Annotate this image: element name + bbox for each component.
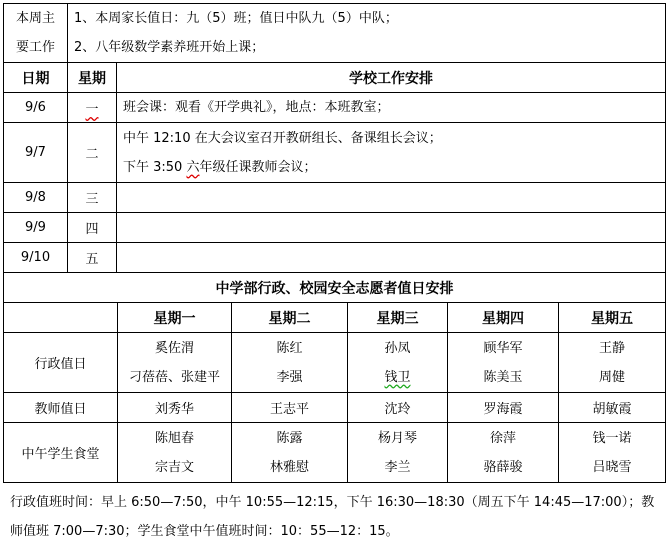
teacher-duty-row: 教师值日 刘秀华 王志平 沈玲 罗海霞 胡敏霞 (4, 393, 666, 423)
duty-name: 孙凤 (348, 334, 447, 363)
duty-name: 李强 (232, 363, 347, 392)
spellcheck-mark: 六 (186, 160, 199, 175)
duty-name: 钱一诺 (559, 424, 665, 453)
canteen-duty-row: 中午学生食堂 陈旭春 宗吉文 陈露 林雅慰 杨月琴 李兰 徐萍 骆薛骏 钱一诺 … (4, 423, 666, 483)
duty-name: 刁蓓蓓、张建平 (118, 363, 231, 392)
duty-name: 陈露 (232, 424, 347, 453)
duty-name: 陈旭春 (118, 424, 231, 453)
schedule-weekday: 一 (68, 93, 117, 123)
schedule-arrangement (117, 213, 666, 243)
duty-day-header: 星期一 (118, 303, 232, 333)
weekly-focus-label-line2: 要工作 (4, 33, 67, 62)
schedule-arrangement: 班会课：观看《开学典礼》，地点：本班教室； (117, 93, 666, 123)
duty-name-text: 钱卫 (384, 370, 410, 385)
duty-name: 陈红 (232, 334, 347, 363)
duty-day-header: 星期四 (448, 303, 559, 333)
arrangement-line: 班会课：观看《开学典礼》，地点：本班教室； (123, 93, 665, 122)
schedule-row: 9/8 三 (4, 183, 666, 213)
arrangement-line-text: 下午 3:50 六年级任课教师会议； (123, 160, 317, 175)
weekday-text: 一 (85, 102, 98, 117)
admin-duty-row: 行政值日 奚佐渭 刁蓓蓓、张建平 陈红 李强 孙凤 钱卫 顾华军 陈美玉 王静 … (4, 333, 666, 393)
weekly-focus-label-line1: 本周主 (4, 4, 67, 33)
schedule-arrangement (117, 243, 666, 273)
weekly-focus-item-2: 2、八年级数学素养班开始上课； (74, 33, 665, 62)
schedule-date: 9/9 (4, 213, 68, 243)
teacher-duty-cell: 沈玲 (348, 393, 448, 423)
arrangement-line: 中午 12:10 在大会议室召开教研组长、备课组长会议； (123, 124, 665, 153)
schedule-arrangement (117, 183, 666, 213)
header-arrangement: 学校工作安排 (117, 63, 666, 93)
duty-name: 奚佐渭 (118, 334, 231, 363)
schedule-weekday: 三 (68, 183, 117, 213)
schedule-date: 9/8 (4, 183, 68, 213)
weekly-focus-item: 1、本周家长值日：九（5）班；值日中队九（5）中队； (68, 4, 666, 34)
duty-name: 钱卫 (348, 363, 447, 392)
weekly-focus-label: 本周主 要工作 (4, 4, 68, 63)
admin-duty-cell: 王静 周健 (559, 333, 666, 393)
schedule-row: 9/6 一 班会课：观看《开学典礼》，地点：本班教室； (4, 93, 666, 123)
teacher-duty-cell: 刘秀华 (118, 393, 232, 423)
schedule-date: 9/10 (4, 243, 68, 273)
duty-day-header: 星期三 (348, 303, 448, 333)
admin-duty-cell: 顾华军 陈美玉 (448, 333, 559, 393)
header-date: 日期 (4, 63, 68, 93)
weekly-focus-item: 2、八年级数学素养班开始上课； (68, 33, 666, 63)
admin-duty-cell: 孙凤 钱卫 (348, 333, 448, 393)
canteen-duty-cell: 钱一诺 吕晓雪 (559, 423, 666, 483)
weekly-focus-item-1: 1、本周家长值日：九（5）班；值日中队九（5）中队； (74, 4, 665, 33)
duty-name: 周健 (559, 363, 665, 392)
duty-corner-cell (4, 303, 118, 333)
admin-duty-label: 行政值日 (4, 333, 118, 393)
canteen-duty-cell: 陈旭春 宗吉文 (118, 423, 232, 483)
duty-name: 陈美玉 (448, 363, 558, 392)
schedule-weekday: 四 (68, 213, 117, 243)
duty-name: 骆薛骏 (448, 453, 558, 482)
schedule-weekday: 五 (68, 243, 117, 273)
schedule-row: 9/10 五 (4, 243, 666, 273)
canteen-duty-cell: 杨月琴 李兰 (348, 423, 448, 483)
duty-name: 顾华军 (448, 334, 558, 363)
duty-name: 徐萍 (448, 424, 558, 453)
header-weekday: 星期 (68, 63, 117, 93)
duty-name: 林雅慰 (232, 453, 347, 482)
duty-name: 宗吉文 (118, 453, 231, 482)
duty-day-header: 星期五 (559, 303, 666, 333)
duty-name: 吕晓雪 (559, 453, 665, 482)
schedule-date: 9/6 (4, 93, 68, 123)
teacher-duty-cell: 王志平 (232, 393, 348, 423)
teacher-duty-cell: 罗海霞 (448, 393, 559, 423)
duty-name: 李兰 (348, 453, 447, 482)
admin-duty-cell: 奚佐渭 刁蓓蓓、张建平 (118, 333, 232, 393)
teacher-duty-cell: 胡敏霞 (559, 393, 666, 423)
canteen-duty-label: 中午学生食堂 (4, 423, 118, 483)
teacher-duty-label: 教师值日 (4, 393, 118, 423)
schedule-date: 9/7 (4, 123, 68, 183)
schedule-row: 9/7 二 中午 12:10 在大会议室召开教研组长、备课组长会议； 下午 3:… (4, 123, 666, 183)
duty-name: 杨月琴 (348, 424, 447, 453)
schedule-weekday: 二 (68, 123, 117, 183)
arrangement-line: 下午 3:50 六年级任课教师会议； (123, 153, 665, 182)
canteen-duty-cell: 陈露 林雅慰 (232, 423, 348, 483)
duty-day-header: 星期二 (232, 303, 348, 333)
schedule-row: 9/9 四 (4, 213, 666, 243)
duty-hours-line-2: 师值班 7:00—7:30；学生食堂中午值班时间：10：55—12：15。 (10, 517, 665, 543)
duty-name: 王静 (559, 334, 665, 363)
duty-section-title: 中学部行政、校园安全志愿者值日安排 (4, 273, 666, 303)
duty-hours-line-1: 行政值班时间：早上 6:50—7:50，中午 10:55—12:15，下午 16… (10, 488, 665, 517)
weekly-schedule-table: 本周主 要工作 1、本周家长值日：九（5）班；值日中队九（5）中队； 2、八年级… (3, 3, 666, 483)
admin-duty-cell: 陈红 李强 (232, 333, 348, 393)
canteen-duty-cell: 徐萍 骆薛骏 (448, 423, 559, 483)
schedule-arrangement: 中午 12:10 在大会议室召开教研组长、备课组长会议； 下午 3:50 六年级… (117, 123, 666, 183)
duty-hours-note: 行政值班时间：早上 6:50—7:50，中午 10:55—12:15，下午 16… (10, 488, 665, 543)
